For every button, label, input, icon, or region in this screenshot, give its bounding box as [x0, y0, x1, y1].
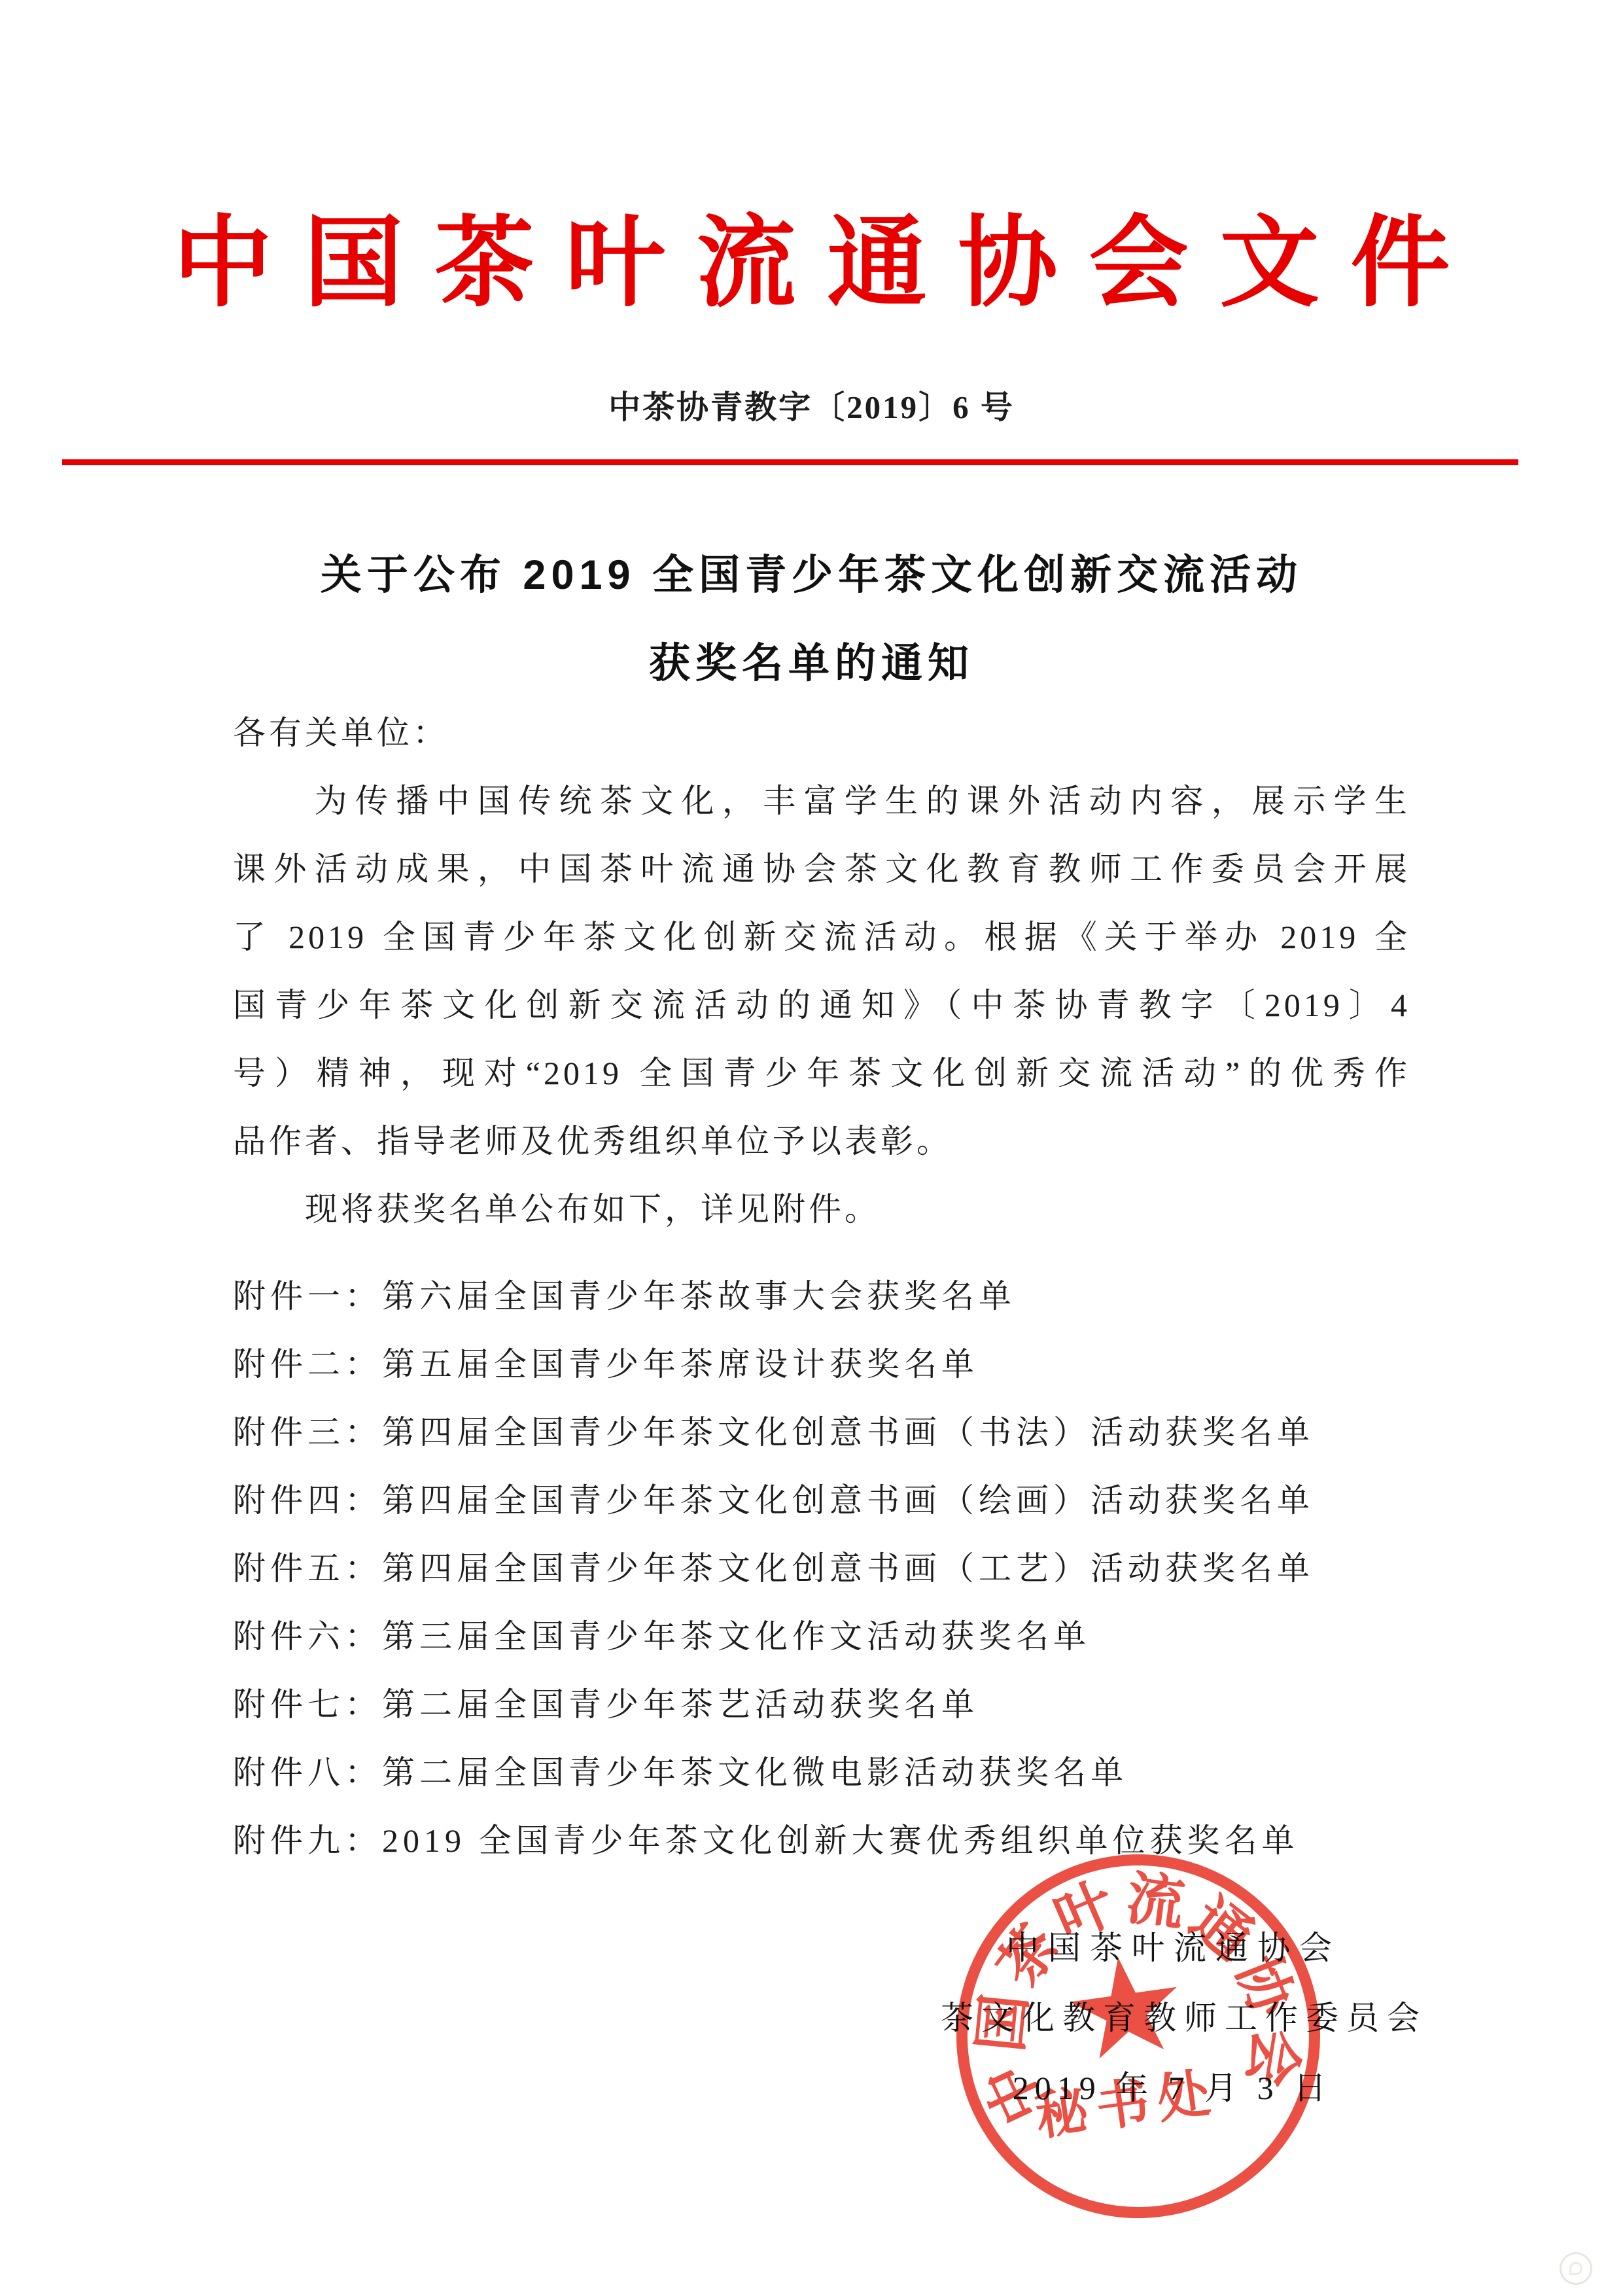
body-line: 为传播中国传统茶文化，丰富学生的课外活动内容，展示学生 — [233, 767, 1410, 835]
attachment-item: 附件八：第二届全国青少年茶文化微电影活动获奖名单 — [233, 1739, 1410, 1807]
attachment-list: 附件一：第六届全国青少年茶故事大会获奖名单附件二：第五届全国青少年茶席设计获奖名… — [233, 1262, 1410, 1875]
attachment-item: 附件二：第五届全国青少年茶席设计获奖名单 — [233, 1330, 1410, 1398]
seal-bottom-text: 秘书处 — [1032, 2066, 1222, 2144]
body-line: 了 2019 全国青少年茶文化创新交流活动。根据《关于举办 2019 全 — [233, 903, 1410, 971]
attachment-item: 附件六：第三届全国青少年茶文化作文活动获奖名单 — [233, 1602, 1410, 1670]
seal-arc-char: 协 — [1226, 1949, 1300, 2024]
official-seal: 中国茶叶流通协会 秘书处 — [933, 1831, 1344, 2242]
seal-arc-char: 会 — [1238, 2024, 1304, 2091]
letterhead-title: 中国茶叶流通协会文件 — [0, 208, 1623, 319]
document-title: 关于公布 2019 全国青少年茶文化创新交流活动 获奖名单的通知 — [0, 531, 1623, 708]
seal-arc-char: 国 — [973, 1992, 1036, 2055]
seal-arc-char: 茶 — [989, 1916, 1070, 1997]
document-number: 中茶协青教字〔2019〕6 号 — [0, 385, 1623, 431]
body-paragraphs: 各有关单位： 为传播中国传统茶文化，丰富学生的课外活动内容，展示学生课外活动成果… — [233, 699, 1410, 1243]
attachment-item: 附件七：第二届全国青少年茶艺活动获奖名单 — [233, 1670, 1410, 1739]
seal-star-icon — [1062, 1949, 1189, 2071]
document-page: 中国茶叶流通协会文件 中茶协青教字〔2019〕6 号 关于公布 2019 全国青… — [0, 0, 1623, 2296]
body-line: 现将获奖名单公布如下，详见附件。 — [233, 1175, 1410, 1243]
corner-watermark-icon — [1560, 2252, 1592, 2285]
document-title-line1: 关于公布 2019 全国青少年茶文化创新交流活动 — [0, 531, 1623, 620]
attachment-item: 附件五：第四届全国青少年茶文化创意书画（工艺）活动获奖名单 — [233, 1534, 1410, 1602]
body-line: 各有关单位： — [233, 699, 1410, 767]
seal-arc-char: 流 — [1123, 1870, 1187, 1934]
attachment-item: 附件九：2019 全国青少年茶文化创新大赛优秀组织单位获奖名单 — [233, 1807, 1410, 1875]
body-line: 课外活动成果，中国茶叶流通协会茶文化教育教师工作委员会开展 — [233, 835, 1410, 903]
document-title-line2: 获奖名单的通知 — [0, 620, 1623, 708]
attachment-item: 附件一：第六届全国青少年茶故事大会获奖名单 — [233, 1262, 1410, 1330]
seal-arc-char: 叶 — [1047, 1875, 1123, 1951]
attachment-item: 附件三：第四届全国青少年茶文化创意书画（书法）活动获奖名单 — [233, 1398, 1410, 1466]
red-divider-rule — [62, 459, 1518, 465]
seal-arc-char: 通 — [1181, 1890, 1261, 1970]
body-line: 品作者、指导老师及优秀组织单位予以表彰。 — [233, 1107, 1410, 1175]
body-line: 国青少年茶文化创新交流活动的通知》（中茶协青教字〔2019〕4 — [233, 971, 1410, 1039]
attachment-item: 附件四：第四届全国青少年茶文化创意书画（绘画）活动获奖名单 — [233, 1466, 1410, 1534]
body-line: 号）精神，现对“2019 全国青少年茶文化创新交流活动”的优秀作 — [233, 1039, 1410, 1107]
